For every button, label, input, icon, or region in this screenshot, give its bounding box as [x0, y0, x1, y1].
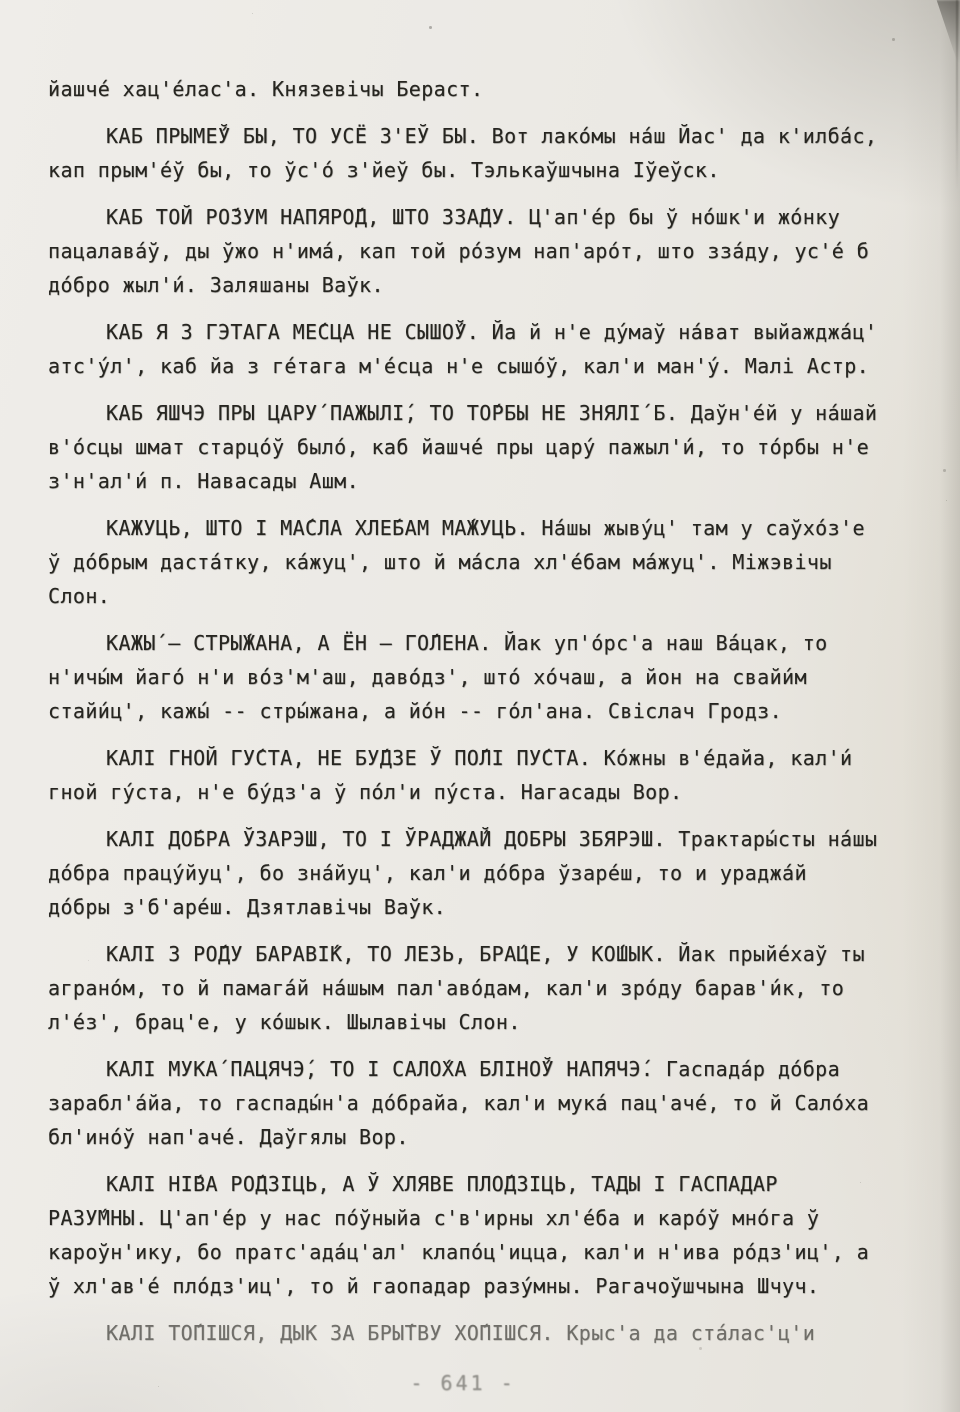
proverb-paragraph: КАЛІ З РО́ДУ БАРАВІ́К, ТО ЛЕЗЬ, БРА́ЦЕ, …	[48, 937, 878, 1039]
proverb-paragraph: КАБ ПРЫМЕ́Ў БЫ, ТО УСЁ З'ЕЎ БЫ. Вот лако…	[48, 119, 878, 187]
proverb-paragraph: КАБ ЯШЧЭ ПРЫ ЦАРУ́ ПАЖЫЛІ́, ТО ТО́РБЫ НЕ…	[48, 396, 878, 498]
typewritten-text-block: йашче́ хац'е́лас'а. Князевічы Бераст. КА…	[48, 72, 878, 1400]
proverb-paragraph: КАБ Я З ГЭТАГА МЕ́СЦА НЕ СЫШО́Ў. Йа й н'…	[48, 315, 878, 383]
proverb-paragraph: КАЛІ НІ́ВА РО́ДЗІЦЬ, А Ў ХЛЯВЕ ПЛО́ДЗІЦЬ…	[48, 1167, 878, 1303]
page-edge-shadow	[956, 0, 958, 190]
proverb-paragraph: КАЖЫ́ — СТРЫ́ЖАНА, А ЁН — ГО́ЛЕНА. Йак у…	[48, 626, 878, 728]
paper-speckles	[0, 0, 1, 1]
page-number: - 641 -	[48, 1366, 878, 1400]
proverb-paragraph: КАБ ТОЙ РО́ЗУМ НАПЯРО́Д, ШТО ЗЗА́ДУ. Ц'а…	[48, 200, 878, 302]
proverb-paragraph: КАЖУЦЬ, ШТО І МА́СЛА ХЛЕ́БАМ МА́ЖУЦЬ. На…	[48, 511, 878, 613]
continuation-line: йашче́ хац'е́лас'а. Князевічы Бераст.	[48, 72, 878, 106]
proverb-paragraph: КАЛІ ГНОЙ ГУ́СТА, НЕ БУ́ДЗЕ Ў ПО́ЛІ ПУ́С…	[48, 741, 878, 809]
proverb-paragraph-partial: КАЛІ ТО́ПІШСЯ, ДЫК ЗА БРЫ́ТВУ ХО́ПІШСЯ. …	[48, 1316, 878, 1350]
scanned-document-page: йашче́ хац'е́лас'а. Князевічы Бераст. КА…	[0, 0, 960, 1412]
proverb-paragraph: КАЛІ МУКА́ ПАЦЯЧЭ́, ТО І САЛО́ХА БЛІНО́Ў…	[48, 1052, 878, 1154]
proverb-paragraph: КАЛІ ДО́БРА ЎЗАРЭШ, ТО І ЎРАДЖА́Й ДОБРЫ …	[48, 822, 878, 924]
